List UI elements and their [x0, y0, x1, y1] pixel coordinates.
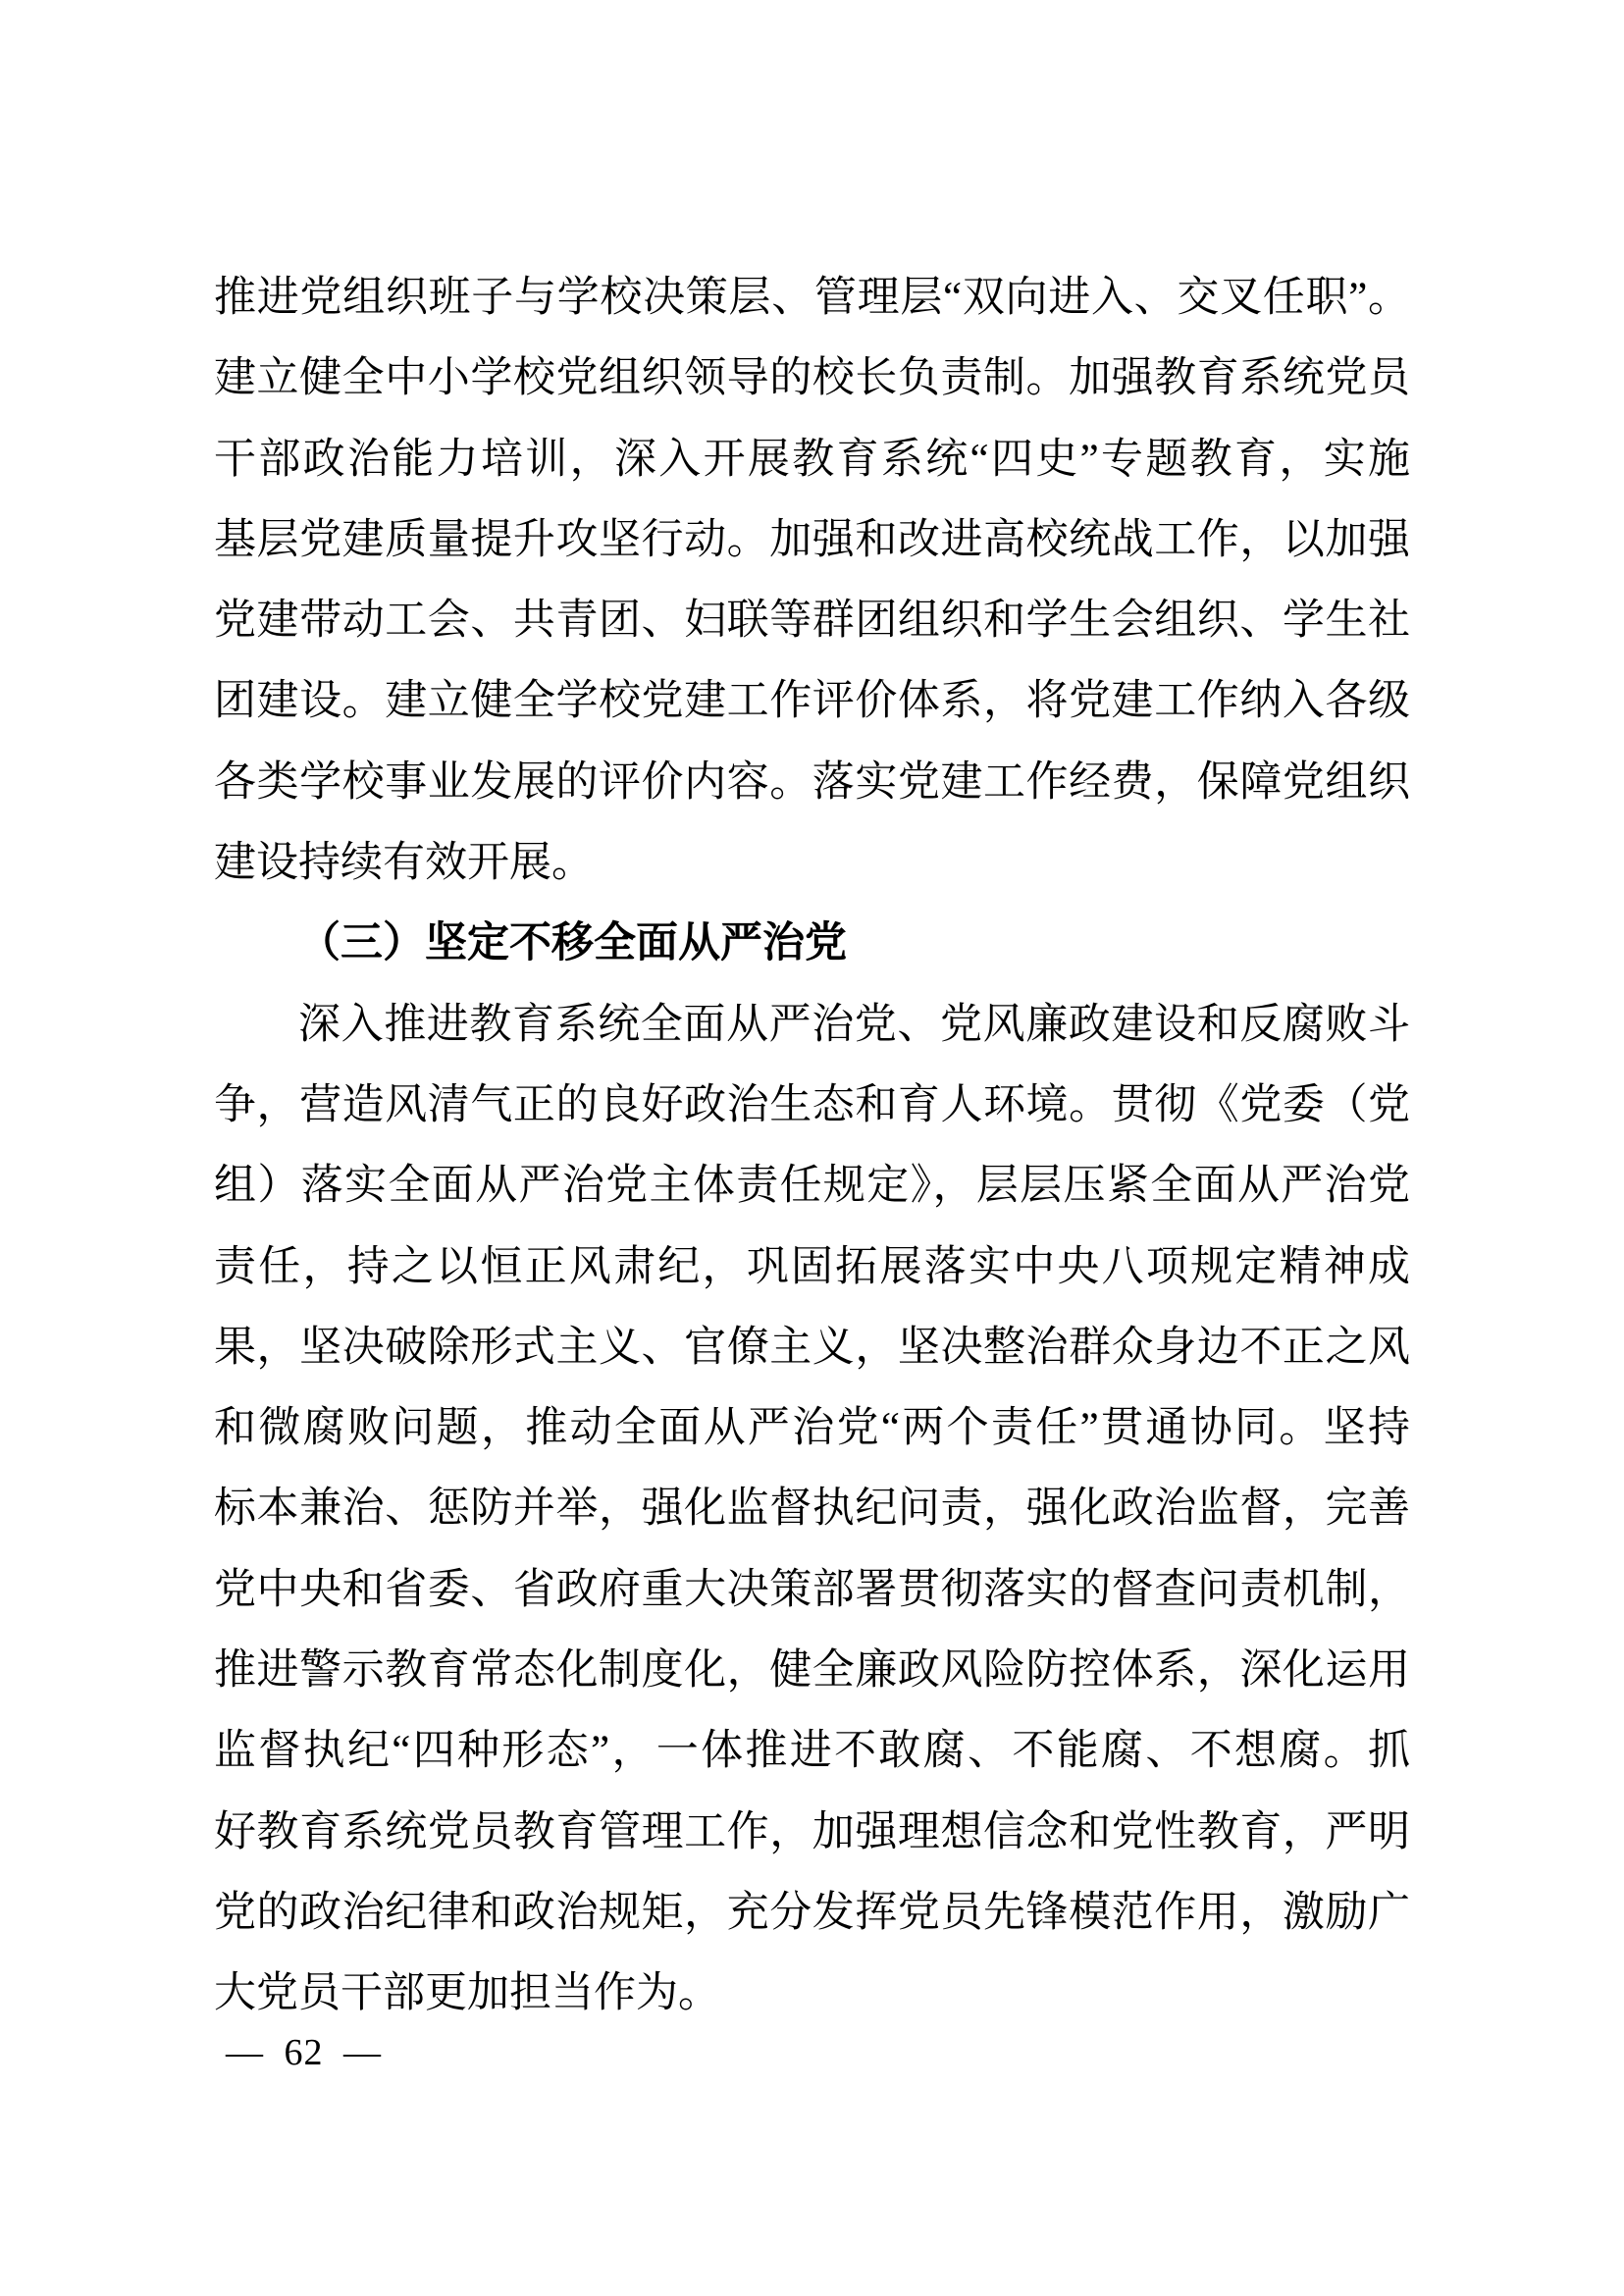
body-line: 党的政治纪律和政治规矩，充分发挥党员先锋模范作用，激励广 [214, 1873, 1410, 1954]
body-line: 好教育系统党员教育管理工作，加强理想信念和党性教育，严明 [214, 1793, 1410, 1873]
body-line: 标本兼治、惩防并举，强化监督执纪问责，强化政治监督，完善 [214, 1469, 1410, 1549]
body-line: 争，营造风清气正的良好政治生态和育人环境。贯彻《党委（党 [214, 1066, 1410, 1146]
body-line: 建设持续有效开展。 [214, 823, 1410, 904]
body-line: 各类学校事业发展的评价内容。落实党建工作经费，保障党组织 [214, 743, 1410, 823]
section-heading: （三）坚定不移全面从严治党 [214, 904, 1410, 984]
body-line: 干部政治能力培训，深入开展教育系统“四史”专题教育，实施 [214, 420, 1410, 500]
body-line: 基层党建质量提升攻坚行动。加强和改进高校统战工作，以加强 [214, 500, 1410, 581]
body-line: 深入推进教育系统全面从严治党、党风廉政建设和反腐败斗 [214, 985, 1410, 1066]
body-line: 推进警示教育常态化制度化，健全廉政风险防控体系，深化运用 [214, 1631, 1410, 1711]
page-number: — 62 — [226, 2033, 382, 2072]
body-line: 组）落实全面从严治党主体责任规定》，层层压紧全面从严治党 [214, 1146, 1410, 1226]
body-line: 党建带动工会、共青团、妇联等群团组织和学生会组织、学生社 [214, 581, 1410, 661]
body-line: 责任，持之以恒正风肃纪，巩固拓展落实中央八项规定精神成 [214, 1227, 1410, 1308]
body-line: 果，坚决破除形式主义、官僚主义，坚决整治群众身边不正之风 [214, 1308, 1410, 1388]
document-page: 推进党组织班子与学校决策层、管理层“双向进入、交叉任职”。 建立健全中小学校党组… [0, 0, 1624, 2296]
body-line: 建立健全中小学校党组织领导的校长负责制。加强教育系统党员 [214, 339, 1410, 419]
body-line: 党中央和省委、省政府重大决策部署贯彻落实的督查问责机制， [214, 1550, 1410, 1631]
body-line: 推进党组织班子与学校决策层、管理层“双向进入、交叉任职”。 [214, 258, 1410, 339]
body-text: 推进党组织班子与学校决策层、管理层“双向进入、交叉任职”。 建立健全中小学校党组… [214, 258, 1410, 2035]
body-line: 监督执纪“四种形态”，一体推进不敢腐、不能腐、不想腐。抓 [214, 1711, 1410, 1792]
body-line: 和微腐败问题，推动全面从严治党“两个责任”贯通协同。坚持 [214, 1388, 1410, 1469]
body-line: 大党员干部更加担当作为。 [214, 1954, 1410, 2034]
body-line: 团建设。建立健全学校党建工作评价体系，将党建工作纳入各级 [214, 661, 1410, 742]
